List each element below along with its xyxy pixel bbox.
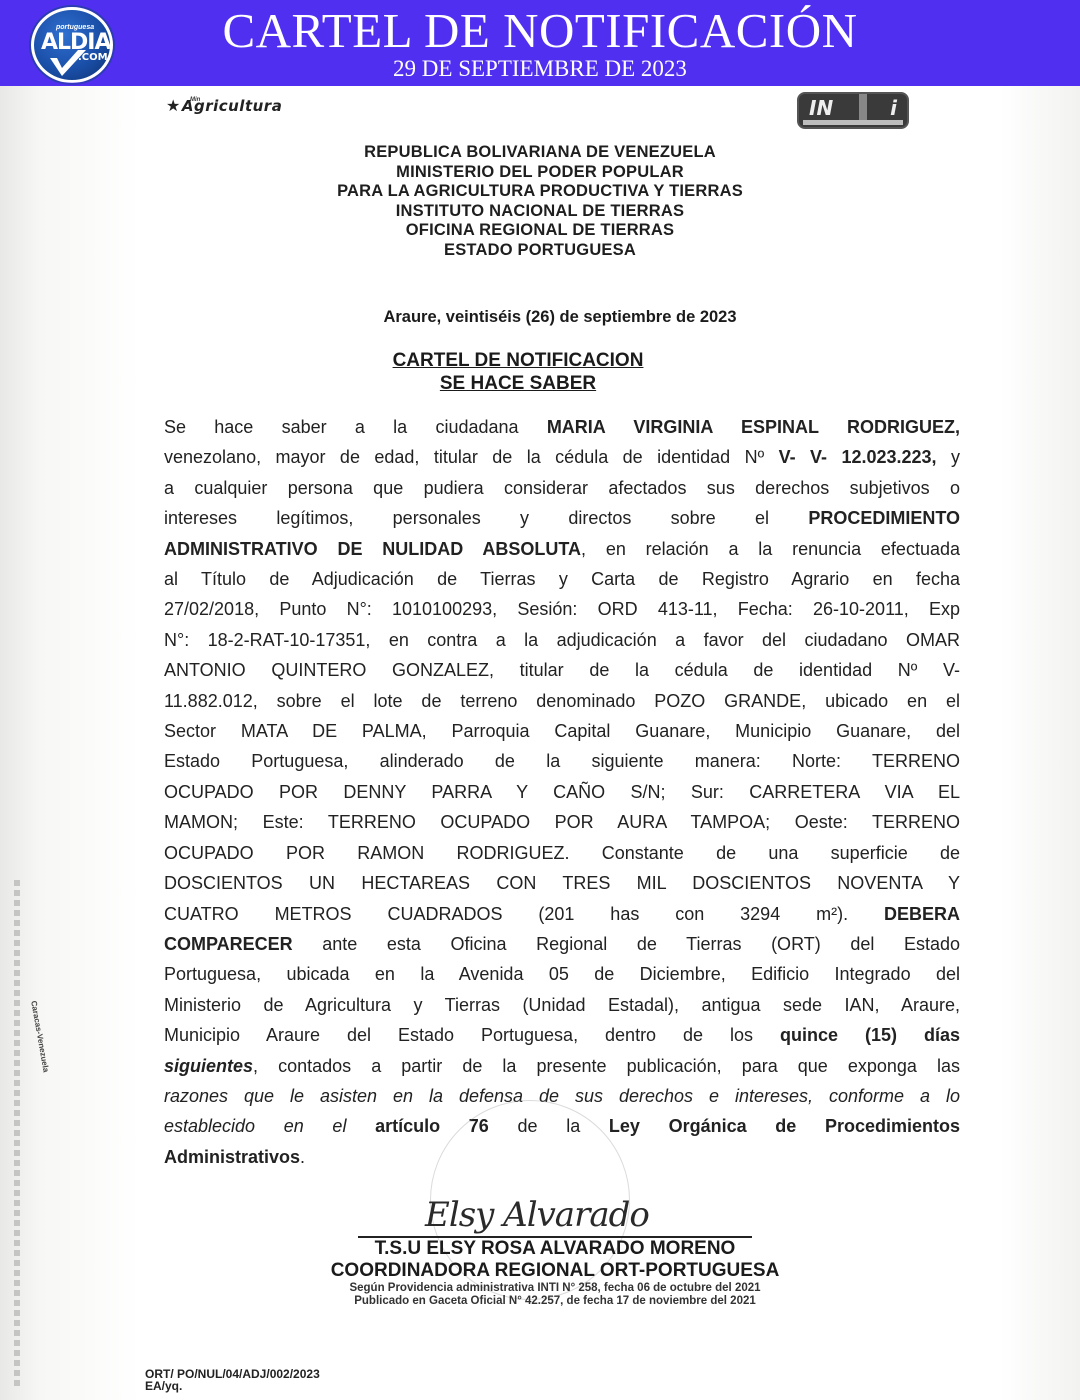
document-subtitle: SE HACE SABER bbox=[300, 372, 736, 395]
inti-logo-left: IN bbox=[809, 96, 833, 120]
body-text: al Título de Adjudicación de Tierras y C… bbox=[164, 569, 960, 589]
signer-name: T.S.U ELSY ROSA ALVARADO MORENO bbox=[270, 1238, 840, 1260]
body-line: 27/02/2018, Punto N°: 1010100293, Sesión… bbox=[164, 594, 960, 624]
body-text: , contados a partir de la presente publi… bbox=[253, 1056, 960, 1076]
signer-note: Según Providencia administrativa INTI N°… bbox=[270, 1282, 840, 1295]
inti-logo-figure bbox=[859, 94, 867, 120]
body-line: Estado Portuguesa, alinderado de la sigu… bbox=[164, 746, 960, 776]
inti-logo-right: i bbox=[890, 96, 897, 120]
body-line: intereses legítimos, personales y direct… bbox=[164, 503, 960, 533]
place-date: Araure, veintiséis (26) de septiembre de… bbox=[300, 308, 820, 327]
body-text: OCUPADO POR RAMON RODRIGUEZ. Constante d… bbox=[164, 843, 960, 863]
body-emphasis: PROCEDIMIENTO bbox=[808, 508, 960, 528]
handwritten-signature: Elsy Alvarado bbox=[425, 1195, 649, 1235]
body-line: MAMON; Este: TERRENO OCUPADO POR AURA TA… bbox=[164, 807, 960, 837]
body-line: ANTONIO QUINTERO GONZALEZ, titular de la… bbox=[164, 655, 960, 685]
body-line: OCUPADO POR DENNY PARRA Y CAÑO S/N; Sur:… bbox=[164, 777, 960, 807]
minagricultura-logo-prefix: Min bbox=[190, 97, 200, 103]
signer-note: Publicado en Gaceta Oficial N° 42.257, d… bbox=[270, 1295, 840, 1308]
body-line: Sector MATA DE PALMA, Parroquia Capital … bbox=[164, 716, 960, 746]
body-emphasis: quince (15) días bbox=[780, 1025, 960, 1045]
body-line: CUATRO METROS CUADRADOS (201 has con 329… bbox=[164, 899, 960, 929]
body-line: Municipio Araure del Estado Portuguesa, … bbox=[164, 1020, 960, 1050]
body-text: ante esta Oficina Regional de Tierras (O… bbox=[293, 934, 960, 954]
body-text: 27/02/2018, Punto N°: 1010100293, Sesión… bbox=[164, 599, 960, 619]
body-text: Estado Portuguesa, alinderado de la sigu… bbox=[164, 751, 960, 771]
institution-header: REPUBLICA BOLIVARIANA DE VENEZUELA MINIS… bbox=[280, 143, 800, 260]
side-edge-print bbox=[14, 880, 20, 1390]
body-line: Portuguesa, ubicada en la Avenida 05 de … bbox=[164, 959, 960, 989]
news-banner: portuguesa ALDIA .COM CARTEL DE NOTIFICA… bbox=[0, 0, 1080, 86]
signer-block: T.S.U ELSY ROSA ALVARADO MORENO COORDINA… bbox=[270, 1238, 840, 1308]
header-line: OFICINA REGIONAL DE TIERRAS bbox=[280, 221, 800, 241]
header-line: REPUBLICA BOLIVARIANA DE VENEZUELA bbox=[280, 143, 800, 163]
body-text: Portuguesa, ubicada en la Avenida 05 de … bbox=[164, 964, 960, 984]
inti-logo: IN i bbox=[797, 92, 909, 129]
body-line: siguientes, contados a partir de la pres… bbox=[164, 1051, 960, 1081]
body-text: intereses legítimos, personales y direct… bbox=[164, 508, 808, 528]
body-emphasis: siguientes bbox=[164, 1056, 253, 1076]
body-text: Municipio Araure del Estado Portuguesa, … bbox=[164, 1025, 780, 1045]
document-reference: ORT/ PO/NUL/04/ADJ/002/2023 EA/yq. bbox=[145, 1368, 320, 1392]
inti-logo-band bbox=[803, 120, 903, 125]
body-emphasis: Ley Orgánica de Procedimientos bbox=[609, 1116, 960, 1136]
body-line: ADMINISTRATIVO DE NULIDAD ABSOLUTA, en r… bbox=[164, 534, 960, 564]
body-text: MAMON; Este: TERRENO OCUPADO POR AURA TA… bbox=[164, 812, 960, 832]
header-line: PARA LA AGRICULTURA PRODUCTIVA Y TIERRAS bbox=[280, 182, 800, 202]
body-line: 11.882.012, sobre el lote de terreno den… bbox=[164, 686, 960, 716]
banner-title: CARTEL DE NOTIFICACIÓN bbox=[0, 2, 1080, 59]
body-text: Ministerio de Agricultura y Tierras (Uni… bbox=[164, 995, 960, 1015]
body-text: y bbox=[937, 447, 960, 467]
header-line: ESTADO PORTUGUESA bbox=[280, 241, 800, 261]
document-title: CARTEL DE NOTIFICACION bbox=[300, 349, 736, 372]
body-line: venezolano, mayor de edad, titular de la… bbox=[164, 442, 960, 472]
body-emphasis: Administrativos bbox=[164, 1147, 300, 1167]
body-line: Ministerio de Agricultura y Tierras (Uni… bbox=[164, 990, 960, 1020]
body-text: venezolano, mayor de edad, titular de la… bbox=[164, 447, 779, 467]
body-emphasis: MARIA VIRGINIA ESPINAL RODRIGUEZ, bbox=[547, 417, 960, 437]
body-text: 11.882.012, sobre el lote de terreno den… bbox=[164, 691, 960, 711]
body-text: . bbox=[300, 1147, 305, 1167]
notification-body: Se hace saber a la ciudadana MARIA VIRGI… bbox=[164, 412, 960, 1172]
banner-date: 29 DE SEPTIEMBRE DE 2023 bbox=[0, 56, 1080, 82]
body-text: a cualquier persona que pudiera consider… bbox=[164, 478, 960, 498]
body-text: Sector MATA DE PALMA, Parroquia Capital … bbox=[164, 721, 960, 741]
document-titles: CARTEL DE NOTIFICACION SE HACE SABER bbox=[300, 349, 736, 395]
body-line: a cualquier persona que pudiera consider… bbox=[164, 473, 960, 503]
body-emphasis: ADMINISTRATIVO DE NULIDAD ABSOLUTA bbox=[164, 539, 581, 559]
reference-initials: EA/yq. bbox=[145, 1380, 320, 1392]
body-text: CUATRO METROS CUADRADOS (201 has con 329… bbox=[164, 904, 884, 924]
body-text: razones que le asisten en la defensa de … bbox=[164, 1086, 960, 1106]
body-text: OCUPADO POR DENNY PARRA Y CAÑO S/N; Sur:… bbox=[164, 782, 960, 802]
body-line: Se hace saber a la ciudadana MARIA VIRGI… bbox=[164, 412, 960, 442]
body-emphasis: V- V- 12.023.223, bbox=[779, 447, 937, 467]
body-line: OCUPADO POR RAMON RODRIGUEZ. Constante d… bbox=[164, 838, 960, 868]
body-line: al Título de Adjudicación de Tierras y C… bbox=[164, 564, 960, 594]
body-emphasis: COMPARECER bbox=[164, 934, 293, 954]
body-line: COMPARECER ante esta Oficina Regional de… bbox=[164, 929, 960, 959]
body-line: N°: 18-2-RAT-10-17351, en contra a la ad… bbox=[164, 625, 960, 655]
body-text: Se hace saber a la ciudadana bbox=[164, 417, 547, 437]
minagricultura-logo: ★Agricultura bbox=[166, 96, 282, 115]
body-text: N°: 18-2-RAT-10-17351, en contra a la ad… bbox=[164, 630, 960, 650]
body-line: DOSCIENTOS UN HECTAREAS CON TRES MIL DOS… bbox=[164, 868, 960, 898]
header-line: MINISTERIO DEL PODER POPULAR bbox=[280, 163, 800, 183]
body-text: DOSCIENTOS UN HECTAREAS CON TRES MIL DOS… bbox=[164, 873, 960, 893]
body-emphasis: DEBERA bbox=[884, 904, 960, 924]
signer-role: COORDINADORA REGIONAL ORT-PORTUGUESA bbox=[270, 1260, 840, 1282]
body-text: establecido en el bbox=[164, 1116, 375, 1136]
body-text: , en relación a la renuncia efectuada bbox=[581, 539, 960, 559]
star-icon: ★ bbox=[166, 96, 181, 115]
body-text: ANTONIO QUINTERO GONZALEZ, titular de la… bbox=[164, 660, 960, 680]
header-line: INSTITUTO NACIONAL DE TIERRAS bbox=[280, 202, 800, 222]
